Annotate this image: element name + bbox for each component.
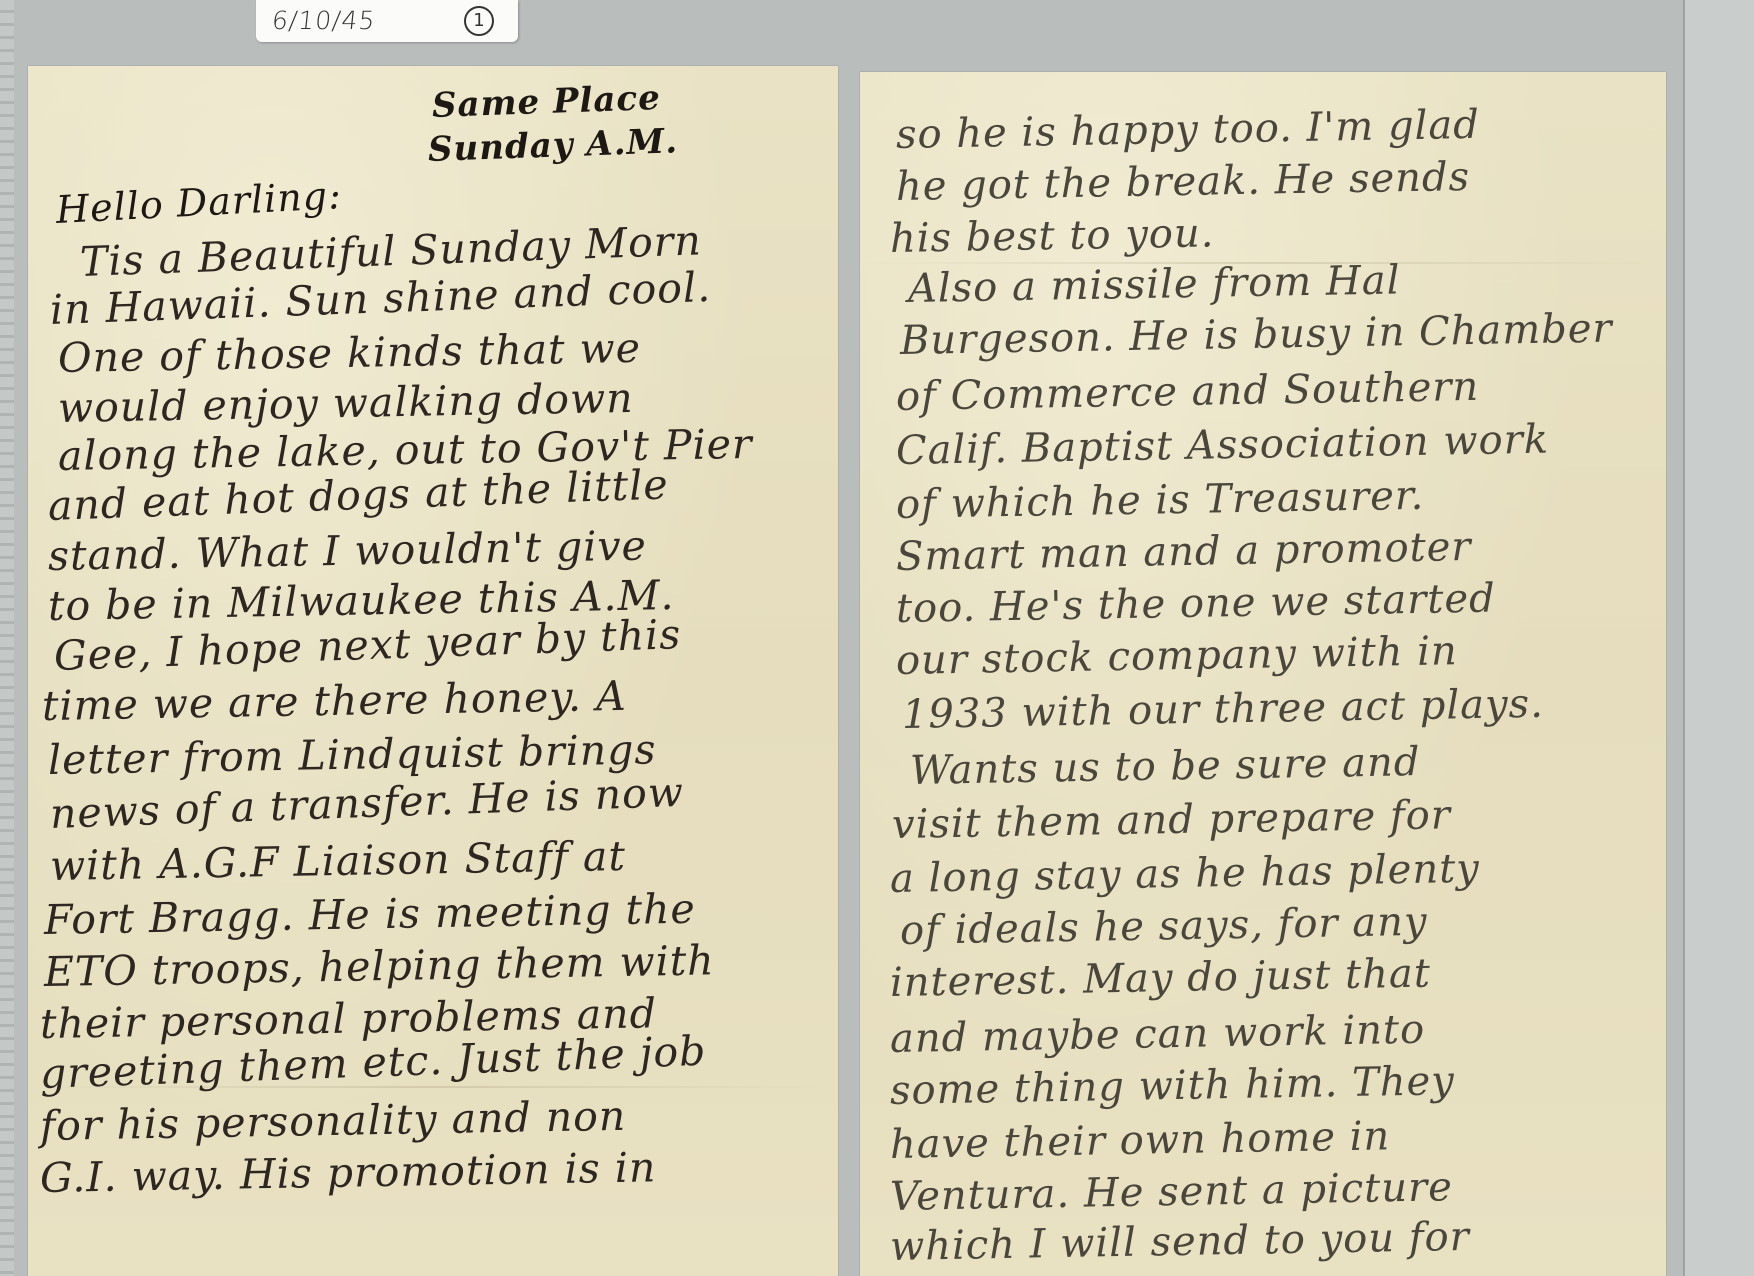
letter-line: some thing with him. They <box>890 1058 1456 1114</box>
letter-line: Fort Bragg. He is meeting the <box>44 885 697 944</box>
letter-line: and maybe can work into <box>890 1007 1426 1062</box>
letter-line: a long stay as he has plenty <box>890 846 1481 902</box>
letter-line: Wants us to be sure and <box>910 739 1421 794</box>
letter-line: he got the break. He sends <box>896 154 1471 210</box>
letter-line: which I will send to you for <box>890 1214 1471 1270</box>
letter-line: his best to you. <box>890 210 1215 262</box>
heading-place: Same Place <box>431 78 661 126</box>
letter-line: too. He's the one we started <box>896 576 1496 632</box>
heading-day: Sunday A.M. <box>427 121 678 170</box>
letter-line: with A.G.F Liaison Staff at <box>50 832 627 890</box>
sleeve-right-margin <box>1683 0 1754 1276</box>
letter-line: One of those kinds that we <box>58 324 642 382</box>
letter-line: Calif. Baptist Association work <box>896 417 1550 474</box>
letter-line: 1933 with our three act plays. <box>902 681 1545 738</box>
letter-line: for his personality and non <box>40 1092 627 1150</box>
letter-line: of Commerce and Southern <box>896 364 1480 420</box>
letter-line: ETO troops, helping them with <box>44 936 715 996</box>
letter-line: interest. May do just that <box>890 951 1432 1006</box>
label-date: 6/10/45 <box>270 6 376 35</box>
letter-line: stand. What I wouldn't give <box>48 522 648 580</box>
letter-line: have their own home in <box>890 1113 1391 1168</box>
letter-line: of ideals he says, for any <box>900 899 1428 954</box>
label-page-number: 1 <box>464 6 494 36</box>
letter-line: so he is happy too. I'm glad <box>896 102 1481 158</box>
letter-line: Also a missile from Hal <box>908 257 1401 312</box>
letter-line: time we are there honey. A <box>42 672 627 730</box>
salutation: Hello Darling: <box>55 173 343 232</box>
letter-line: G.I. way. His promotion is in <box>40 1143 657 1202</box>
letter-page-left: Same Place Sunday A.M. Hello Darling: Ti… <box>28 66 838 1276</box>
letter-line: visit them and prepare for <box>892 792 1452 848</box>
letter-line: of which he is Treasurer. <box>896 473 1425 528</box>
sleeve-binding-edge <box>0 0 14 1276</box>
letter-line: Smart man and a promoter <box>896 524 1472 580</box>
letter-line: Burgeson. He is busy in Chamber <box>900 306 1613 364</box>
letter-line: our stock company with in <box>896 628 1459 684</box>
letter-page-right: so he is happy too. I'm glad he got the … <box>860 72 1666 1276</box>
letter-line: Ventura. He sent a picture <box>890 1164 1454 1220</box>
archive-label: 6/10/45 1 <box>256 0 518 42</box>
